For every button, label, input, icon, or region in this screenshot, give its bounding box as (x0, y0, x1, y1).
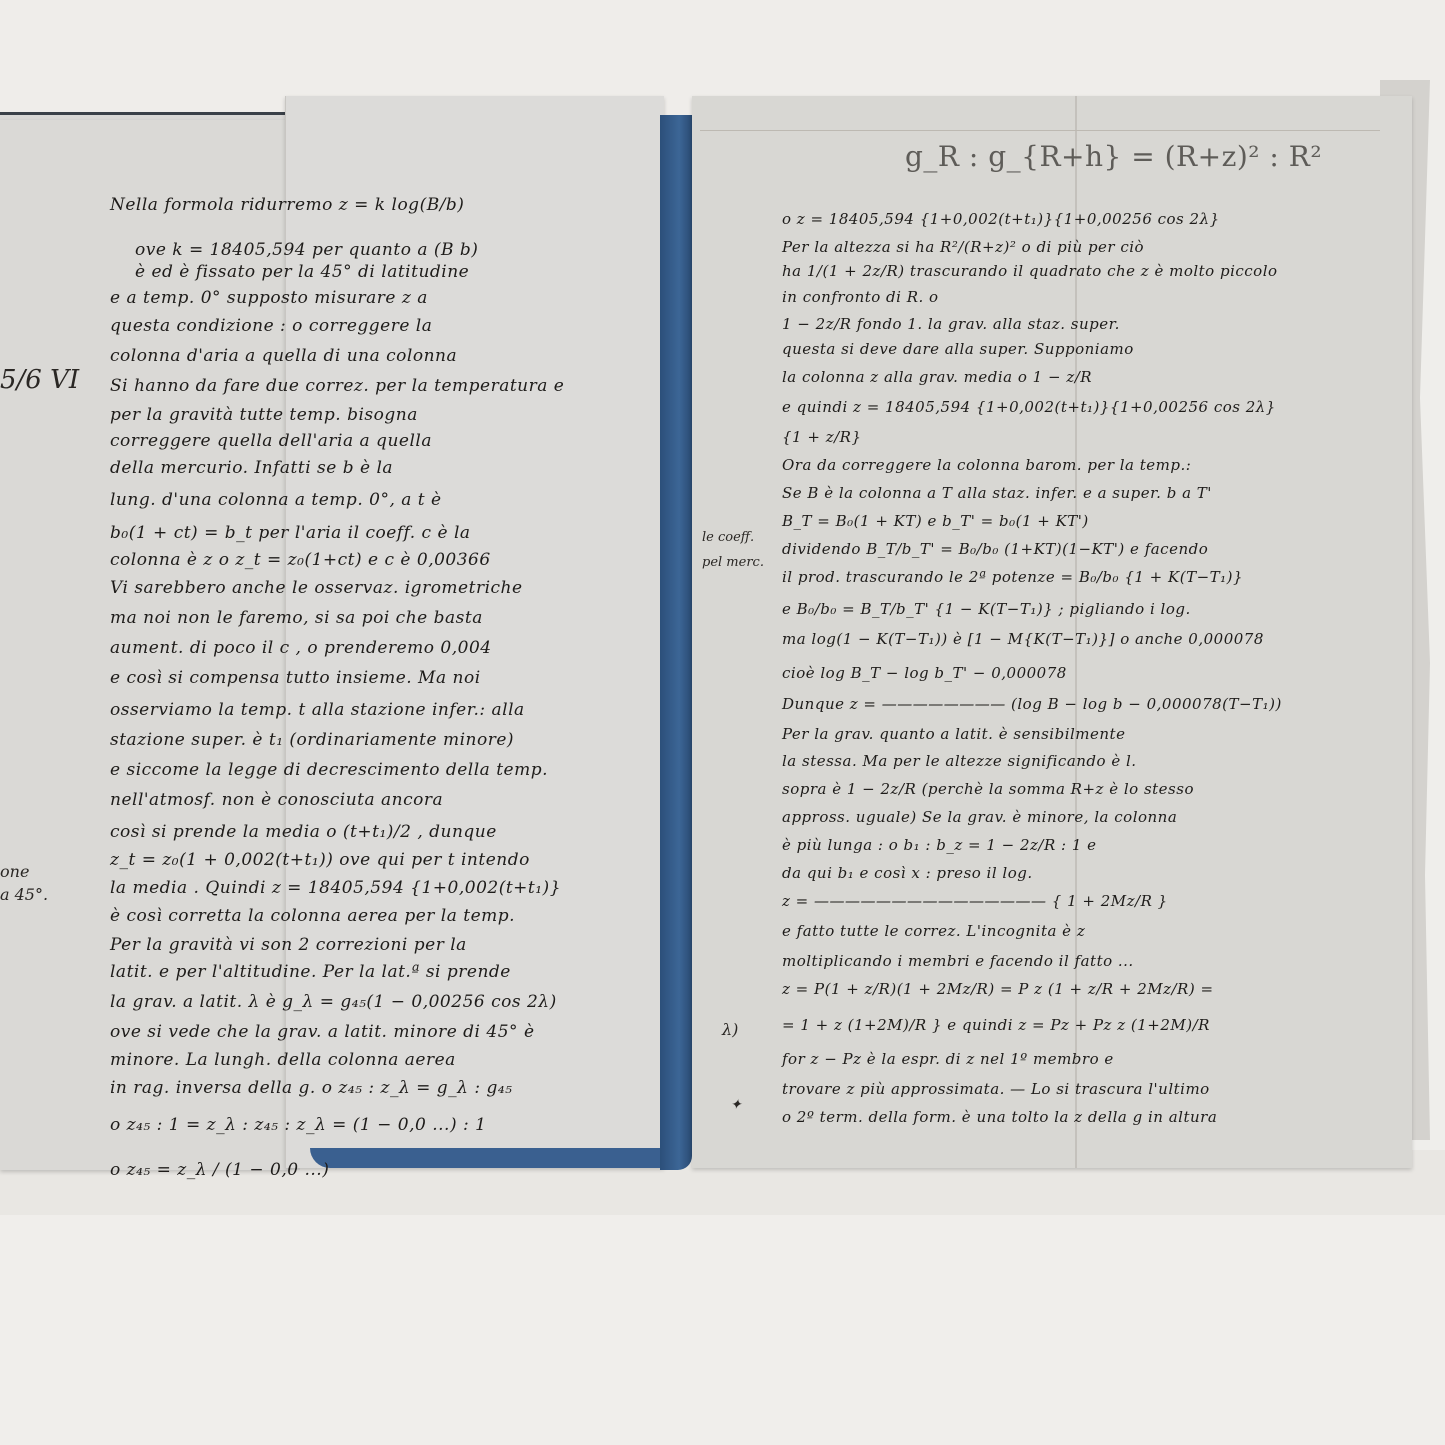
left-page-line: Per la gravità vi son 2 correzioni per l… (110, 935, 467, 955)
right-page-line: for z − Pz è la espr. di z nel 1º membro… (782, 1050, 1114, 1068)
right-page-line: trovare z più approssimata. — Lo si tras… (782, 1080, 1210, 1098)
left-page-line: ove k = 18405,594 per quanto a (B b) (135, 240, 478, 260)
left-page-line: e siccome la legge di decrescimento dell… (110, 760, 548, 780)
right-page-line: e quindi z = 18405,594 {1+0,002(t+t₁)}{1… (782, 398, 1276, 416)
backdrop-bottom (0, 1215, 1445, 1445)
left-page-line: stazione super. è t₁ (ordinariamente min… (110, 730, 514, 750)
right-page-line: o z = 18405,594 {1+0,002(t+t₁)}{1+0,0025… (782, 210, 1220, 228)
margin-star-mark: ✦ (730, 1097, 742, 1113)
right-page-line: Ora da correggere la colonna barom. per … (782, 456, 1191, 474)
right-page-line: la colonna z alla grav. media o 1 − z/R (782, 368, 1092, 386)
right-page-line: z = P(1 + z/R)(1 + 2Mz/R) = P z (1 + z/R… (782, 980, 1214, 998)
left-page-line: z_t = z₀(1 + 0,002(t+t₁)) ove qui per t … (110, 850, 530, 870)
left-page-line: aument. di poco il c , o prenderemo 0,00… (110, 638, 492, 658)
margin-note-45: a 45°. (0, 885, 48, 904)
right-page-line: questa si deve dare alla super. Supponia… (782, 340, 1134, 358)
left-page-line: e così si compensa tutto insieme. Ma noi (110, 668, 481, 688)
left-page-line: la grav. a latit. λ è g_λ = g₄₅(1 − 0,00… (110, 992, 557, 1012)
left-page-line: o z₄₅ = z_λ / (1 − 0,0 ...) (110, 1160, 329, 1180)
left-page-line: correggere quella dell'aria a quella (110, 431, 432, 451)
left-page-line: b₀(1 + ct) = b_t per l'aria il coeff. c … (110, 523, 471, 543)
right-page-line: = 1 + z (1+2M)/R } e quindi z = Pz + Pz … (782, 1016, 1210, 1034)
left-page-line: è così corretta la colonna aerea per la … (110, 906, 515, 926)
left-page-line: latit. e per l'altitudine. Per la lat.ª … (110, 962, 511, 982)
left-page-line: per la gravità tutte temp. bisogna (110, 405, 418, 425)
left-page-line: lung. d'una colonna a temp. 0°, a t è (110, 490, 442, 510)
right-page-line: ha 1/(1 + 2z/R) trascurando il quadrato … (782, 262, 1278, 280)
left-page-line: ove si vede che la grav. a latit. minore… (110, 1022, 535, 1042)
left-page-line: Nella formola ridurremo z = k log(B/b) (110, 195, 464, 215)
right-page-line: il prod. trascurando le 2ª potenze = B₀/… (782, 568, 1243, 586)
left-page-line: della mercurio. Infatti se b è la (110, 458, 393, 478)
right-page-line: Dunque z = ———————— (log B − log b − 0,0… (782, 695, 1282, 713)
right-page-line: o 2º term. della form. è una tolto la z … (782, 1108, 1217, 1126)
blue-binding-bottom (310, 1148, 692, 1168)
margin-note-coeff: le coeff. (702, 530, 754, 545)
right-page-line: e fatto tutte le correz. L'incognita è z (782, 922, 1085, 940)
right-page-line: è più lunga : o b₁ : b_z = 1 − 2z/R : 1 … (782, 836, 1097, 854)
right-page-line: Se B è la colonna a T alla staz. infer. … (782, 484, 1212, 502)
left-page-line: così si prende la media o (t+t₁)/2 , dun… (110, 822, 497, 842)
margin-note-merc: pel merc. (702, 555, 764, 570)
right-page-line: moltiplicando i membri e facendo il fatt… (782, 952, 1134, 970)
left-page-line: minore. La lungh. della colonna aerea (110, 1050, 456, 1070)
left-page-line: in rag. inversa della g. o z₄₅ : z_λ = g… (110, 1078, 512, 1098)
left-page-line: nell'atmosf. non è conosciuta ancora (110, 790, 443, 810)
left-page-line: Vi sarebbero anche le osservaz. igrometr… (110, 578, 523, 598)
right-page-line: Per la grav. quanto a latit. è sensibilm… (782, 725, 1125, 743)
right-page-line: appross. uguale) Se la grav. è minore, l… (782, 808, 1177, 826)
left-page-line: questa condizione : o correggere la (110, 316, 432, 336)
left-page-line: colonna d'aria a quella di una colonna (110, 346, 457, 366)
right-page-line: cioè log B_T − log b_T' − 0,000078 (782, 664, 1067, 682)
right-page-pencil-header: g_R : g_{R+h} = (R+z)² : R² (905, 140, 1322, 173)
left-page-line: ma noi non le faremo, si sa poi che bast… (110, 608, 483, 628)
blue-binding-spine (660, 115, 692, 1170)
right-page-line: dividendo B_T/b_T' = B₀/b₀ (1+KT)(1−KT')… (782, 540, 1208, 558)
right-page-line: da qui b₁ e così x : preso il log. (782, 864, 1033, 882)
right-page-line: la stessa. Ma per le altezze significand… (782, 752, 1137, 770)
left-page-line: la media . Quindi z = 18405,594 {1+0,002… (110, 878, 561, 898)
right-page-line: e B₀/b₀ = B_T/b_T' {1 − K(T−T₁)} ; pigli… (782, 600, 1191, 618)
right-page-line: sopra è 1 − 2z/R (perchè la somma R+z è … (782, 780, 1194, 798)
right-page-line: in confronto di R. o (782, 288, 939, 306)
right-page-line: B_T = B₀(1 + KT) e b_T' = b₀(1 + KT') (782, 512, 1089, 530)
right-page-line: Per la altezza si ha R²/(R+z)² o di più … (782, 238, 1144, 256)
right-page-line: 1 − 2z/R fondo 1. la grav. alla staz. su… (782, 315, 1120, 333)
right-page-line: z = ——————————————— { 1 + 2Mz/R } (782, 892, 1168, 910)
left-page-line: Si hanno da fare due correz. per la temp… (110, 376, 564, 396)
right-page-line: ma log(1 − K(T−T₁)) è [1 − M{K(T−T₁)}] o… (782, 630, 1264, 648)
left-page-line: è ed è fissato per la 45° di latitudine (135, 262, 469, 282)
left-page-line: osserviamo la temp. t alla stazione infe… (110, 700, 525, 720)
left-page-line: e a temp. 0° supposto misurare z a (110, 288, 428, 308)
margin-note-one: one (0, 862, 29, 881)
right-page-line: {1 + z/R} (782, 428, 862, 446)
margin-date-note: 5/6 VI (0, 365, 79, 395)
margin-mark-lambda: λ) (722, 1020, 738, 1039)
left-page-line: colonna è z o z_t = z₀(1+ct) e c è 0,003… (110, 550, 491, 570)
left-page-line: o z₄₅ : 1 = z_λ : z₄₅ : z_λ = (1 − 0,0 .… (110, 1115, 486, 1135)
